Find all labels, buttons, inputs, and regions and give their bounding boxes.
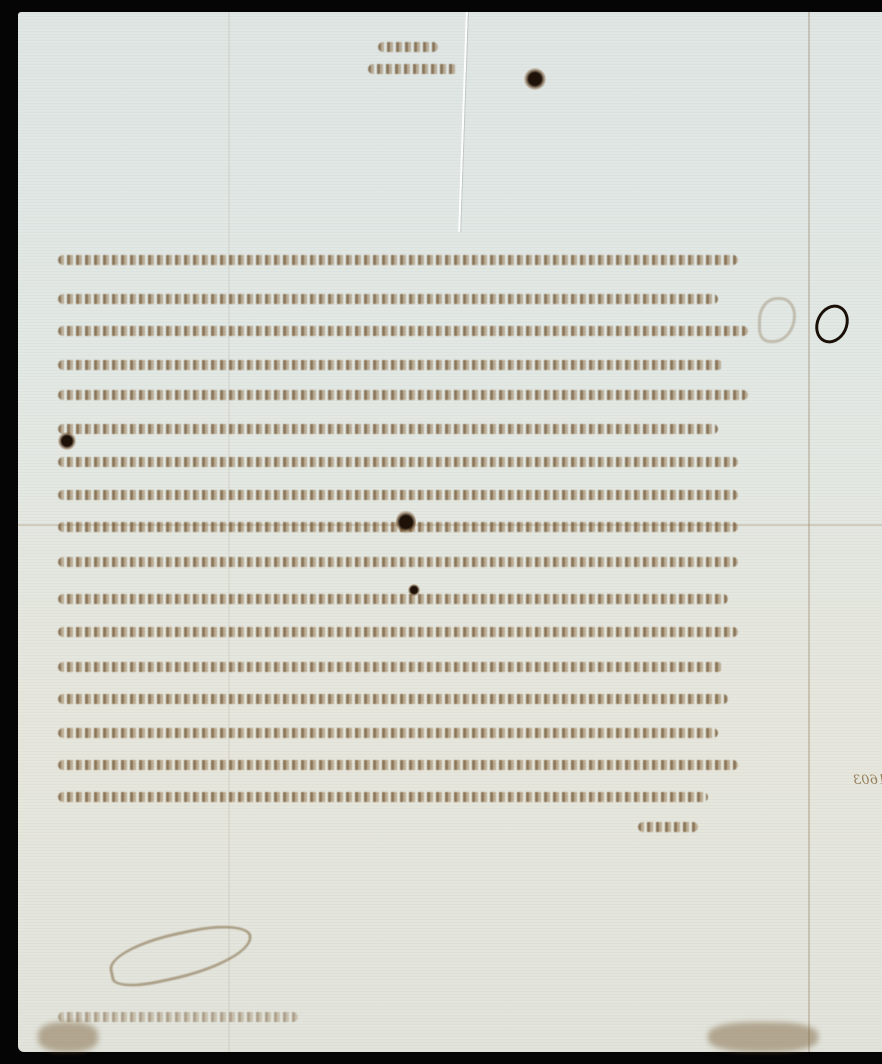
vertical-fold: [808, 12, 810, 1052]
ink-blot: [58, 432, 76, 450]
header-line: [368, 64, 458, 74]
text-line: [58, 255, 738, 265]
text-line: [58, 457, 738, 467]
text-line: [58, 760, 738, 770]
faded-initial: [758, 297, 796, 343]
text-line: [58, 694, 728, 704]
text-line: [58, 792, 708, 802]
text-line: [58, 326, 748, 336]
signature: [105, 917, 257, 992]
text-line: [58, 557, 738, 567]
text-line: [58, 360, 723, 370]
text-line: [58, 424, 718, 434]
ink-blot: [524, 68, 546, 90]
header-line: [378, 42, 438, 52]
ink-blot: [408, 584, 420, 596]
date-fragment: 1603: [853, 773, 882, 788]
text-line: [58, 294, 718, 304]
text-line: [58, 627, 738, 637]
text-line: [58, 728, 718, 738]
paper-crease: [458, 12, 468, 232]
stain: [708, 1022, 818, 1052]
text-line: [58, 594, 728, 604]
text-line: [638, 822, 698, 832]
stain: [38, 1022, 98, 1052]
ink-blot: [396, 510, 416, 534]
margin-initial: [809, 299, 855, 349]
text-line: [58, 390, 748, 400]
text-line: [58, 490, 738, 500]
signature-line: [58, 1012, 298, 1022]
text-line: [58, 662, 723, 672]
vertical-fold: [228, 12, 230, 1052]
manuscript-page: [18, 12, 882, 1052]
